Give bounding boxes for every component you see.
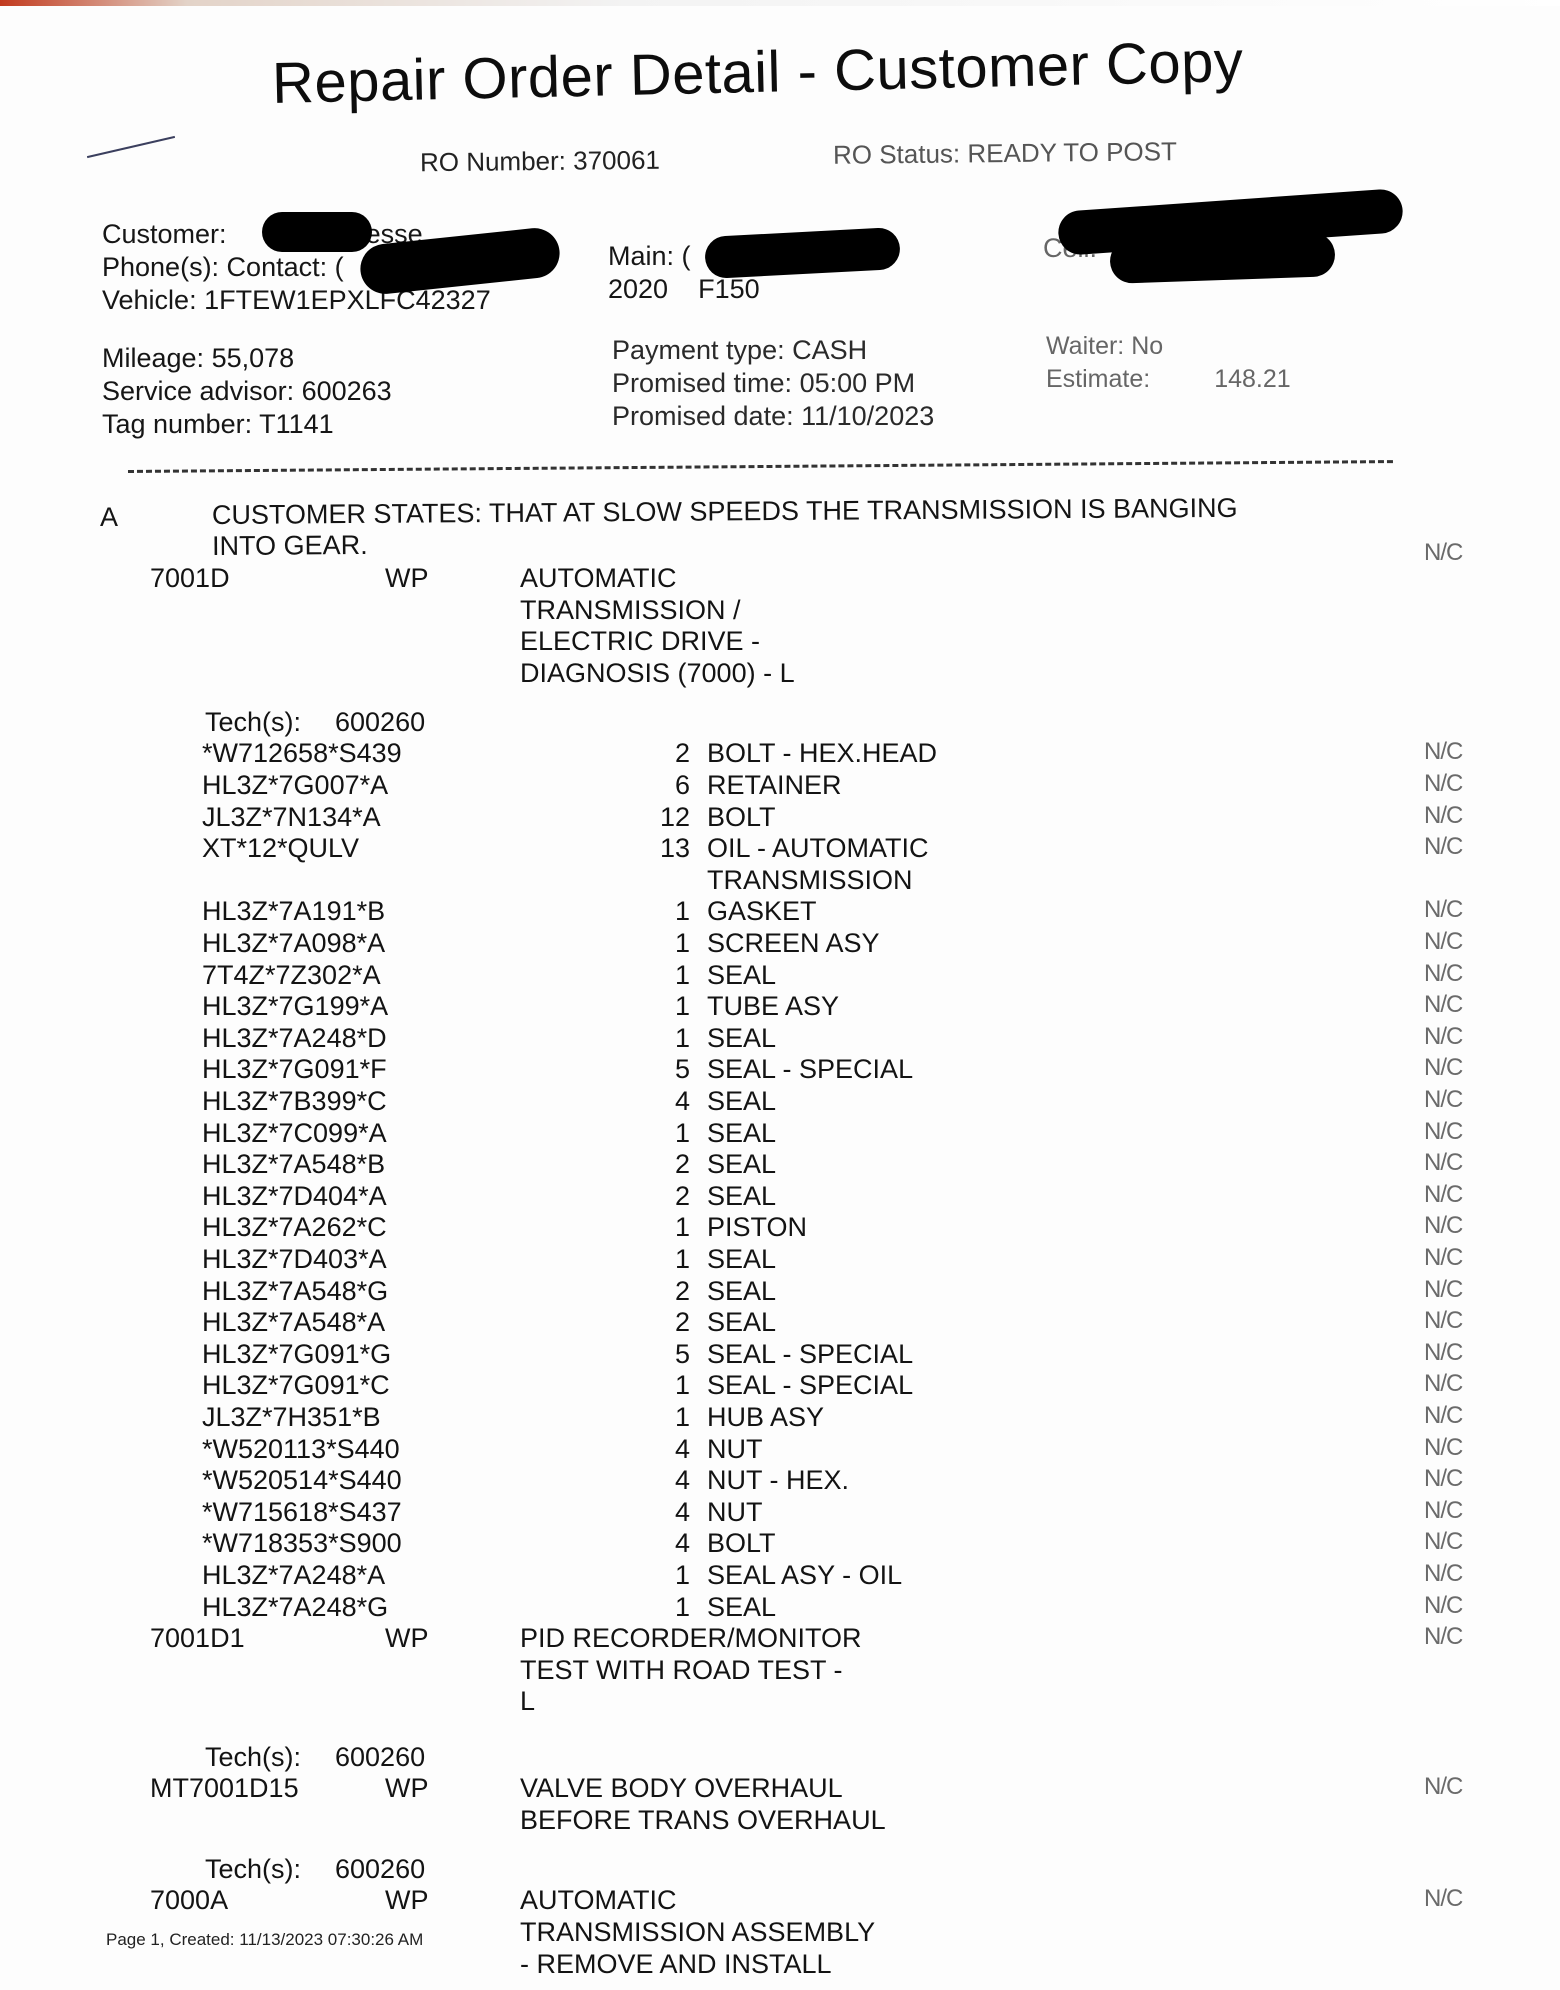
part-quantity: 5	[675, 1339, 690, 1371]
redaction-mark	[1109, 232, 1335, 284]
part-number: HL3Z*7A548*A	[202, 1307, 385, 1339]
customer-concern: CUSTOMER STATES: THAT AT SLOW SPEEDS THE…	[212, 493, 1238, 562]
tech-number: 600260	[335, 1742, 425, 1774]
part-charge: N/C	[1424, 1244, 1462, 1272]
part-charge: N/C	[1424, 1497, 1462, 1525]
part-description: GASKET	[707, 896, 817, 928]
paper-top-edge	[0, 0, 1560, 6]
part-description: BOLT	[707, 802, 776, 834]
waiter-value: No	[1131, 332, 1163, 360]
estimate-label: Estimate:	[1046, 365, 1150, 393]
ro-number: RO Number: 370061	[420, 145, 660, 179]
estimate-value: 148.21	[1214, 365, 1290, 393]
operation-code: 7001D1	[150, 1623, 245, 1655]
tech-number: 600260	[335, 1854, 425, 1886]
part-number: HL3Z*7D403*A	[202, 1244, 387, 1276]
part-charge: N/C	[1424, 1118, 1462, 1146]
part-quantity: 1	[675, 991, 690, 1023]
operation-description: BEFORE TRANS OVERHAUL	[520, 1805, 886, 1837]
part-number: XT*12*QULV	[202, 833, 359, 865]
service-info-block: Mileage: 55,078 Service advisor: 600263 …	[102, 342, 392, 441]
part-description: SEAL	[707, 1276, 776, 1308]
operation-charge: N/C	[1424, 539, 1462, 567]
payment-type-value: CASH	[792, 335, 867, 365]
vehicle-label: Vehicle:	[102, 285, 197, 315]
part-description: SEAL	[707, 960, 776, 992]
part-description: SEAL	[707, 1118, 776, 1150]
operation-pay-type: WP	[385, 1885, 429, 1917]
operation-description: AUTOMATIC	[520, 563, 677, 595]
part-quantity: 4	[675, 1434, 690, 1466]
operation-code: 7000A	[150, 1885, 228, 1917]
vehicle-year-model: 2020 F150	[608, 273, 760, 306]
part-number: HL3Z*7C099*A	[202, 1118, 387, 1150]
part-charge: N/C	[1424, 1592, 1462, 1620]
tech-label: Tech(s):	[205, 707, 301, 739]
part-number: *W520514*S440	[202, 1465, 402, 1497]
part-quantity: 1	[675, 960, 690, 992]
operation-description: ELECTRIC DRIVE -	[520, 626, 760, 658]
part-charge: N/C	[1424, 1054, 1462, 1082]
part-charge: N/C	[1424, 802, 1462, 830]
part-description: RETAINER	[707, 770, 842, 802]
concern-line-2: INTO GEAR.	[212, 524, 1238, 562]
promised-time-value: 05:00 PM	[800, 368, 916, 398]
part-quantity: 2	[675, 1307, 690, 1339]
part-charge: N/C	[1424, 833, 1462, 861]
part-description: PISTON	[707, 1212, 807, 1244]
operation-description: L	[520, 1686, 535, 1718]
part-description: BOLT	[707, 1528, 776, 1560]
part-quantity: 1	[675, 1402, 690, 1434]
part-charge: N/C	[1424, 1339, 1462, 1367]
part-charge: N/C	[1424, 1402, 1462, 1430]
pen-mark	[87, 136, 175, 158]
redaction-mark	[262, 212, 372, 252]
operation-pay-type: WP	[385, 1773, 429, 1805]
section-divider	[128, 460, 1393, 473]
part-number: HL3Z*7G091*G	[202, 1339, 391, 1371]
ro-status: RO Status: READY TO POST	[833, 136, 1177, 171]
mileage-label: Mileage:	[102, 343, 204, 373]
part-number: HL3Z*7A191*B	[202, 896, 385, 928]
payment-block: Payment type: CASH Promised time: 05:00 …	[612, 334, 934, 433]
part-description: TUBE ASY	[707, 991, 839, 1023]
tag-number-value: T1141	[259, 409, 334, 439]
part-charge: N/C	[1424, 1086, 1462, 1114]
part-number: HL3Z*7D404*A	[202, 1181, 387, 1213]
tag-number-line: Tag number: T1141	[102, 408, 392, 441]
part-number: *W712658*S439	[202, 738, 402, 770]
part-number: HL3Z*7A548*B	[202, 1149, 385, 1181]
operation-charge: N/C	[1424, 1773, 1462, 1801]
part-number: JL3Z*7N134*A	[202, 802, 381, 834]
operation-description: TEST WITH ROAD TEST -	[520, 1655, 843, 1687]
part-number: HL3Z*7G007*A	[202, 770, 388, 802]
ro-status-value: READY TO POST	[967, 136, 1177, 168]
operation-description: TRANSMISSION /	[520, 595, 741, 627]
operation-code: 7001D	[150, 563, 230, 595]
part-description: SEAL	[707, 1023, 776, 1055]
part-quantity: 2	[675, 738, 690, 770]
promised-time-line: Promised time: 05:00 PM	[612, 367, 934, 400]
part-description: HUB ASY	[707, 1402, 824, 1434]
part-description: NUT - HEX.	[707, 1465, 849, 1497]
part-description: NUT	[707, 1434, 763, 1466]
page-footer: Page 1, Created: 11/13/2023 07:30:26 AM	[106, 1930, 423, 1950]
operation-charge: N/C	[1424, 1885, 1462, 1913]
part-description: SEAL	[707, 1244, 776, 1276]
main-label: Main:	[608, 241, 674, 271]
part-quantity: 5	[675, 1054, 690, 1086]
part-quantity: 1	[675, 1023, 690, 1055]
tech-number: 600260	[335, 707, 425, 739]
operation-description: DIAGNOSIS (7000) - L	[520, 658, 795, 690]
part-number: HL3Z*7G091*C	[202, 1370, 390, 1402]
part-quantity: 13	[660, 833, 690, 865]
part-quantity: 1	[675, 1560, 690, 1592]
part-description: SEAL	[707, 1149, 776, 1181]
part-description: SEAL - SPECIAL	[707, 1339, 913, 1371]
operation-pay-type: WP	[385, 1623, 429, 1655]
part-number: 7T4Z*7Z302*A	[202, 960, 381, 992]
part-quantity: 4	[675, 1497, 690, 1529]
part-quantity: 1	[675, 1244, 690, 1276]
estimate-line: Estimate:148.21	[1046, 363, 1291, 396]
operation-description: VALVE BODY OVERHAUL	[520, 1773, 843, 1805]
promised-date-line: Promised date: 11/10/2023	[612, 400, 934, 433]
part-quantity: 1	[675, 1118, 690, 1150]
ro-number-label: RO Number:	[420, 146, 566, 178]
ro-status-label: RO Status:	[833, 138, 960, 169]
part-quantity: 4	[675, 1528, 690, 1560]
part-description: SEAL ASY - OIL	[707, 1560, 902, 1592]
service-advisor-value: 600263	[302, 376, 392, 406]
document-title: Repair Order Detail - Customer Copy	[271, 28, 1244, 117]
part-charge: N/C	[1424, 1023, 1462, 1051]
part-description: SEAL	[707, 1592, 776, 1624]
operation-description: - REMOVE AND INSTALL	[520, 1949, 832, 1981]
part-quantity: 1	[675, 896, 690, 928]
part-quantity: 1	[675, 1592, 690, 1624]
repair-order-page: Repair Order Detail - Customer Copy RO N…	[0, 0, 1560, 1990]
part-quantity: 4	[675, 1465, 690, 1497]
tech-label: Tech(s):	[205, 1854, 301, 1886]
operation-pay-type: WP	[385, 563, 429, 595]
part-charge: N/C	[1424, 1370, 1462, 1398]
part-description: TRANSMISSION	[707, 865, 913, 897]
promised-time-label: Promised time:	[612, 368, 792, 398]
part-charge: N/C	[1424, 1276, 1462, 1304]
main-phone-partial: (	[682, 241, 691, 271]
promised-date-label: Promised date:	[612, 401, 794, 431]
part-number: *W715618*S437	[202, 1497, 402, 1529]
part-charge: N/C	[1424, 1212, 1462, 1240]
part-charge: N/C	[1424, 1307, 1462, 1335]
part-description: SEAL	[707, 1181, 776, 1213]
waiter-estimate-block: Waiter: No Estimate:148.21	[1046, 330, 1291, 396]
part-number: HL3Z*7G199*A	[202, 991, 388, 1023]
operation-charge: N/C	[1424, 1623, 1462, 1651]
part-description: NUT	[707, 1497, 763, 1529]
part-number: HL3Z*7A248*G	[202, 1592, 388, 1624]
part-quantity: 2	[675, 1181, 690, 1213]
part-charge: N/C	[1424, 1560, 1462, 1588]
part-number: HL3Z*7A248*D	[202, 1023, 387, 1055]
operation-code: MT7001D15	[150, 1773, 299, 1805]
service-advisor-line: Service advisor: 600263	[102, 375, 392, 408]
waiter-label: Waiter:	[1046, 332, 1124, 360]
part-description: OIL - AUTOMATIC	[707, 833, 929, 865]
part-description: BOLT - HEX.HEAD	[707, 738, 937, 770]
part-number: JL3Z*7H351*B	[202, 1402, 381, 1434]
part-quantity: 1	[675, 1370, 690, 1402]
part-description: SEAL	[707, 1307, 776, 1339]
customer-label: Customer:	[102, 219, 227, 249]
part-charge: N/C	[1424, 960, 1462, 988]
part-charge: N/C	[1424, 1434, 1462, 1462]
phone-contact-partial: (	[335, 252, 344, 282]
tech-label: Tech(s):	[205, 1742, 301, 1774]
ro-number-value: 370061	[573, 145, 660, 176]
part-number: HL3Z*7A262*C	[202, 1212, 387, 1244]
part-number: HL3Z*7A248*A	[202, 1560, 385, 1592]
part-quantity: 1	[675, 928, 690, 960]
part-quantity: 2	[675, 1276, 690, 1308]
mileage-value: 55,078	[212, 343, 295, 373]
part-charge: N/C	[1424, 1465, 1462, 1493]
part-quantity: 1	[675, 1212, 690, 1244]
part-number: HL3Z*7B399*C	[202, 1086, 387, 1118]
vehicle-year: 2020	[608, 274, 668, 304]
payment-type-line: Payment type: CASH	[612, 334, 934, 367]
part-charge: N/C	[1424, 770, 1462, 798]
part-quantity: 6	[675, 770, 690, 802]
promised-date-value: 11/10/2023	[801, 401, 934, 431]
part-charge: N/C	[1424, 738, 1462, 766]
part-number: HL3Z*7A098*A	[202, 928, 385, 960]
part-quantity: 4	[675, 1086, 690, 1118]
part-description: SEAL - SPECIAL	[707, 1370, 913, 1402]
phones-label: Phone(s): Contact:	[102, 252, 327, 282]
part-number: HL3Z*7A548*G	[202, 1276, 388, 1308]
operation-description: AUTOMATIC	[520, 1885, 677, 1917]
redaction-mark	[704, 227, 901, 279]
job-letter: A	[100, 502, 118, 533]
part-charge: N/C	[1424, 1149, 1462, 1177]
part-charge: N/C	[1424, 991, 1462, 1019]
part-charge: N/C	[1424, 896, 1462, 924]
part-number: *W520113*S440	[202, 1434, 400, 1466]
part-number: HL3Z*7G091*F	[202, 1054, 387, 1086]
waiter-line: Waiter: No	[1046, 330, 1291, 363]
part-charge: N/C	[1424, 1528, 1462, 1556]
part-description: SEAL - SPECIAL	[707, 1054, 913, 1086]
payment-type-label: Payment type:	[612, 335, 785, 365]
mileage-line: Mileage: 55,078	[102, 342, 392, 375]
vehicle-vin: 1FTEW1EPXLFC42327	[204, 285, 491, 315]
part-quantity: 2	[675, 1149, 690, 1181]
part-description: SEAL	[707, 1086, 776, 1118]
part-charge: N/C	[1424, 928, 1462, 956]
operation-description: TRANSMISSION ASSEMBLY	[520, 1917, 875, 1949]
part-charge: N/C	[1424, 1181, 1462, 1209]
operation-description: PID RECORDER/MONITOR	[520, 1623, 862, 1655]
vehicle-model: F150	[698, 274, 760, 304]
tag-number-label: Tag number:	[102, 409, 252, 439]
part-quantity: 12	[660, 802, 690, 834]
part-number: *W718353*S900	[202, 1528, 402, 1560]
service-advisor-label: Service advisor:	[102, 376, 294, 406]
part-description: SCREEN ASY	[707, 928, 880, 960]
